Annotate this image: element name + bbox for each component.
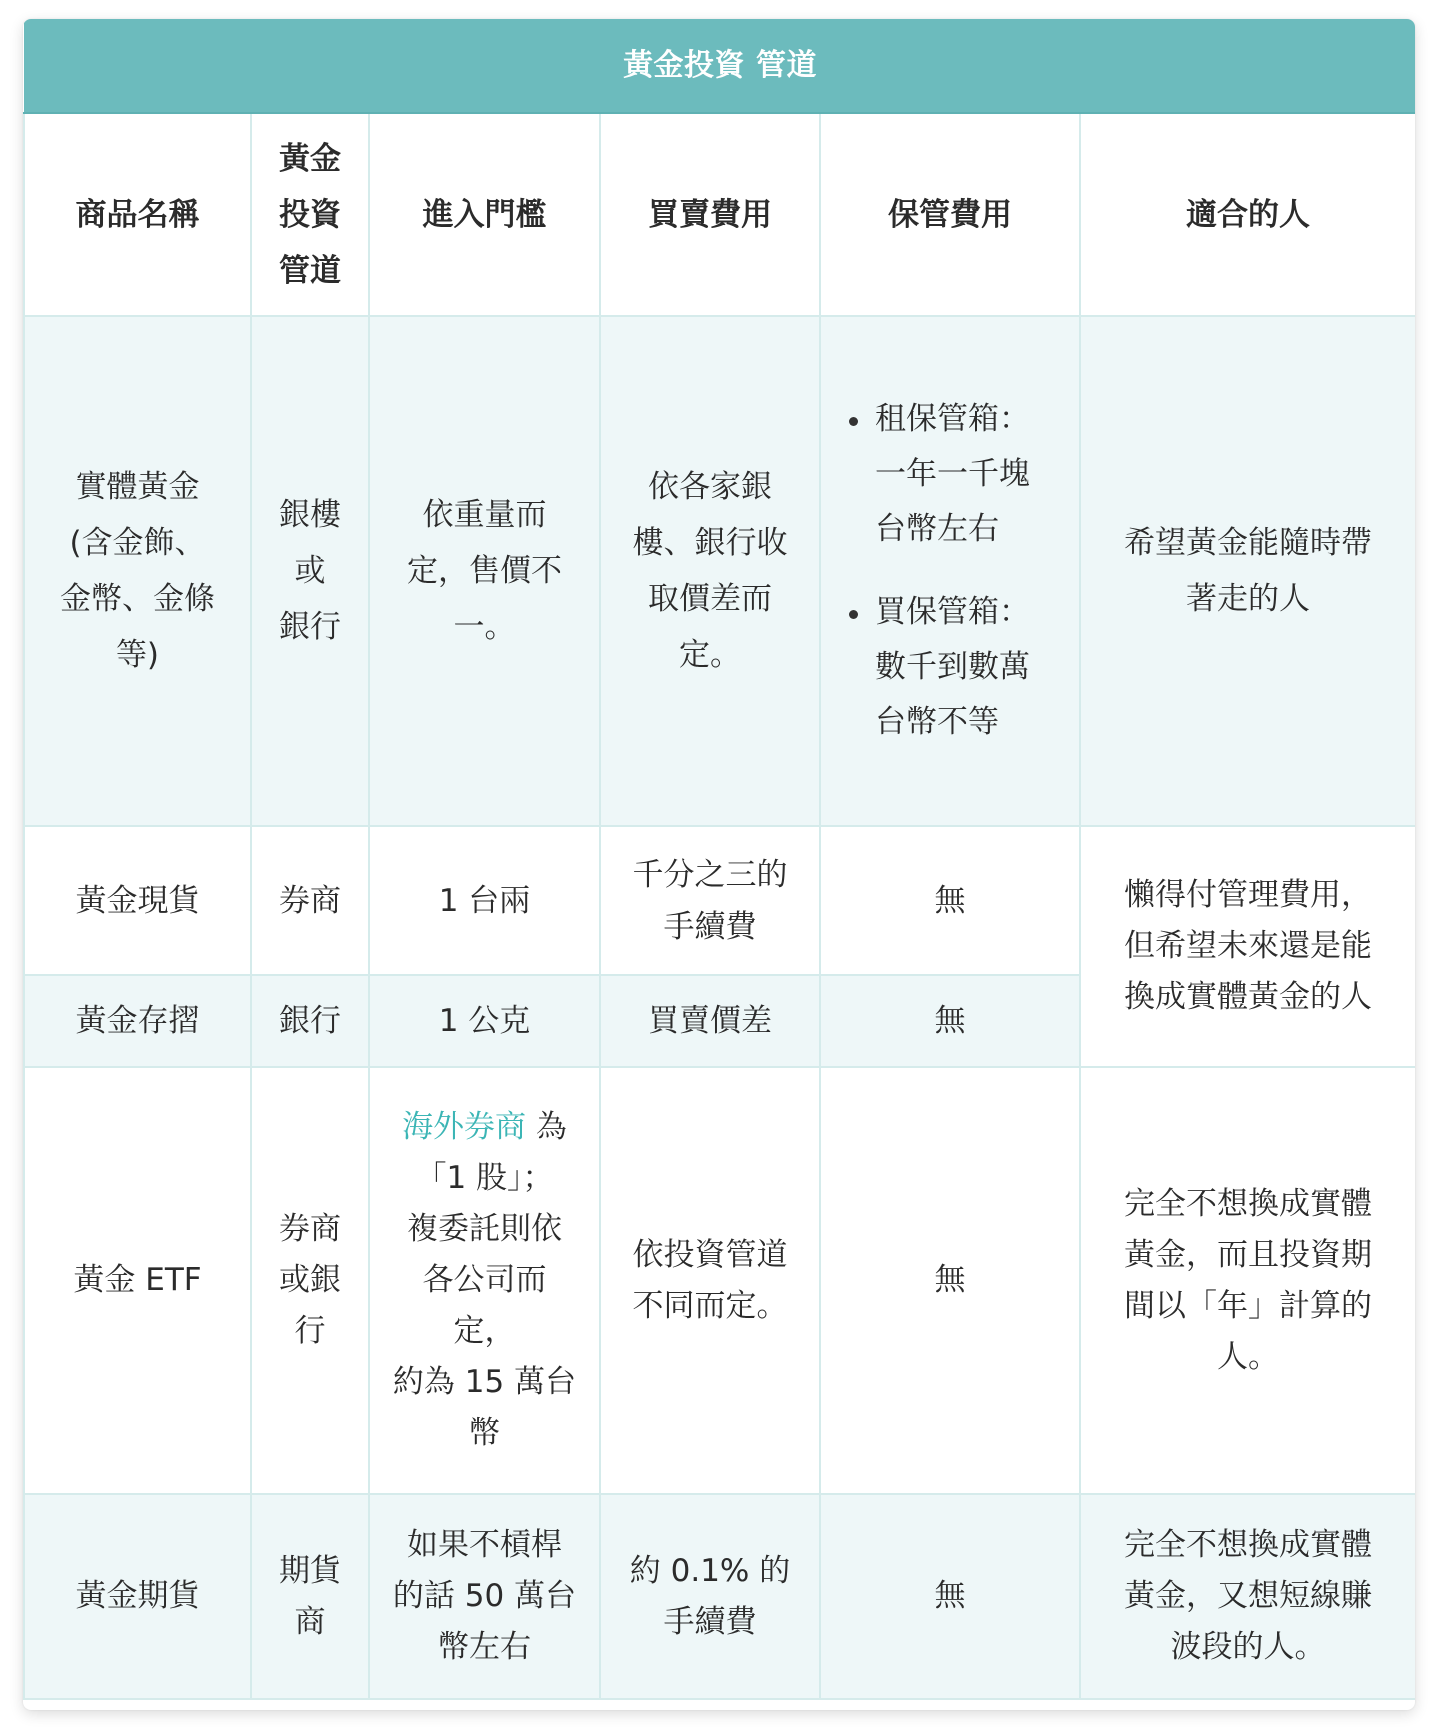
bullet-icon xyxy=(849,417,858,426)
cell-trade-fee: 依各家銀 樓、銀行收 取價差而 定。 xyxy=(600,316,820,826)
gold-investment-table: 黃金投資 管道 商品名稱 黃金 投資 管道 進入門檻 買賣費用 保管費用 適合的… xyxy=(23,19,1415,1700)
table-row: 黃金現貨 券商 1 台兩 千分之三的 手續費 無 懶得付管理費用， 但希望未來還… xyxy=(24,826,1415,975)
column-header-channel: 黃金 投資 管道 xyxy=(251,113,369,316)
cell-product: 黃金現貨 xyxy=(24,826,251,975)
cell-suitable-for: 完全不想換成實體 黃金，而且投資期 間以「年」計算的 人。 xyxy=(1080,1067,1415,1494)
cell-custody-fee: 無 xyxy=(820,1067,1080,1494)
cell-channel: 券商 或銀 行 xyxy=(251,1067,369,1494)
cell-channel: 銀樓 或 銀行 xyxy=(251,316,369,826)
gold-investment-table-card: 黃金投資 管道 商品名稱 黃金 投資 管道 進入門檻 買賣費用 保管費用 適合的… xyxy=(23,19,1415,1710)
cell-product: 實體黃金 (含金飾、 金幣、金條 等) xyxy=(24,316,251,826)
cell-channel: 銀行 xyxy=(251,975,369,1067)
custody-fee-item: 買保管箱： 數千到數萬 台幣不等 xyxy=(835,585,1065,750)
cell-suitable-for: 希望黃金能隨時帶 著走的人 xyxy=(1080,316,1415,826)
cell-threshold: 如果不槓桿 的話 50 萬台 幣左右 xyxy=(369,1494,600,1699)
cell-trade-fee: 千分之三的 手續費 xyxy=(600,826,820,975)
cell-product: 黃金 ETF xyxy=(24,1067,251,1494)
table-header-row: 商品名稱 黃金 投資 管道 進入門檻 買賣費用 保管費用 適合的人 xyxy=(24,113,1415,316)
custody-fee-item-text: 租保管箱： 一年一千塊 台幣左右 xyxy=(875,401,1030,547)
cell-channel: 券商 xyxy=(251,826,369,975)
threshold-text: 為 「1 股」； 複委託則依 各公司而 定， 約為 15 萬台 幣 xyxy=(393,1109,576,1451)
column-header-trade-fee: 買賣費用 xyxy=(600,113,820,316)
cell-trade-fee: 約 0.1% 的 手續費 xyxy=(600,1494,820,1699)
table-title: 黃金投資 管道 xyxy=(24,19,1415,113)
cell-trade-fee: 依投資管道 不同而定。 xyxy=(600,1067,820,1494)
cell-custody-fee: 無 xyxy=(820,975,1080,1067)
cell-threshold: 海外券商 為 「1 股」； 複委託則依 各公司而 定， 約為 15 萬台 幣 xyxy=(369,1067,600,1494)
column-header-threshold: 進入門檻 xyxy=(369,113,600,316)
cell-threshold: 1 公克 xyxy=(369,975,600,1067)
cell-custody-fee: 無 xyxy=(820,826,1080,975)
cell-channel: 期貨 商 xyxy=(251,1494,369,1699)
cell-trade-fee: 買賣價差 xyxy=(600,975,820,1067)
column-header-custody-fee: 保管費用 xyxy=(820,113,1080,316)
cell-suitable-for: 懶得付管理費用， 但希望未來還是能 換成實體黃金的人 xyxy=(1080,826,1415,1067)
table-row: 黃金期貨 期貨 商 如果不槓桿 的話 50 萬台 幣左右 約 0.1% 的 手續… xyxy=(24,1494,1415,1699)
cell-product: 黃金期貨 xyxy=(24,1494,251,1699)
column-header-product: 商品名稱 xyxy=(24,113,251,316)
custody-fee-item: 租保管箱： 一年一千塊 台幣左右 xyxy=(835,392,1065,557)
table-row: 實體黃金 (含金飾、 金幣、金條 等) 銀樓 或 銀行 依重量而 定，售價不 一… xyxy=(24,316,1415,826)
cell-product: 黃金存摺 xyxy=(24,975,251,1067)
cell-threshold: 依重量而 定，售價不 一。 xyxy=(369,316,600,826)
overseas-broker-link[interactable]: 海外券商 xyxy=(402,1109,526,1145)
cell-suitable-for: 完全不想換成實體 黃金，又想短線賺 波段的人。 xyxy=(1080,1494,1415,1699)
column-header-suitable-for: 適合的人 xyxy=(1080,113,1415,316)
bullet-icon xyxy=(849,610,858,619)
cell-custody-fee: 租保管箱： 一年一千塊 台幣左右 買保管箱： 數千到數萬 台幣不等 xyxy=(820,316,1080,826)
table-row: 黃金 ETF 券商 或銀 行 海外券商 為 「1 股」； 複委託則依 各公司而 … xyxy=(24,1067,1415,1494)
cell-custody-fee: 無 xyxy=(820,1494,1080,1699)
custody-fee-item-text: 買保管箱： 數千到數萬 台幣不等 xyxy=(875,594,1030,740)
custody-fee-list: 租保管箱： 一年一千塊 台幣左右 買保管箱： 數千到數萬 台幣不等 xyxy=(835,392,1065,750)
cell-threshold: 1 台兩 xyxy=(369,826,600,975)
